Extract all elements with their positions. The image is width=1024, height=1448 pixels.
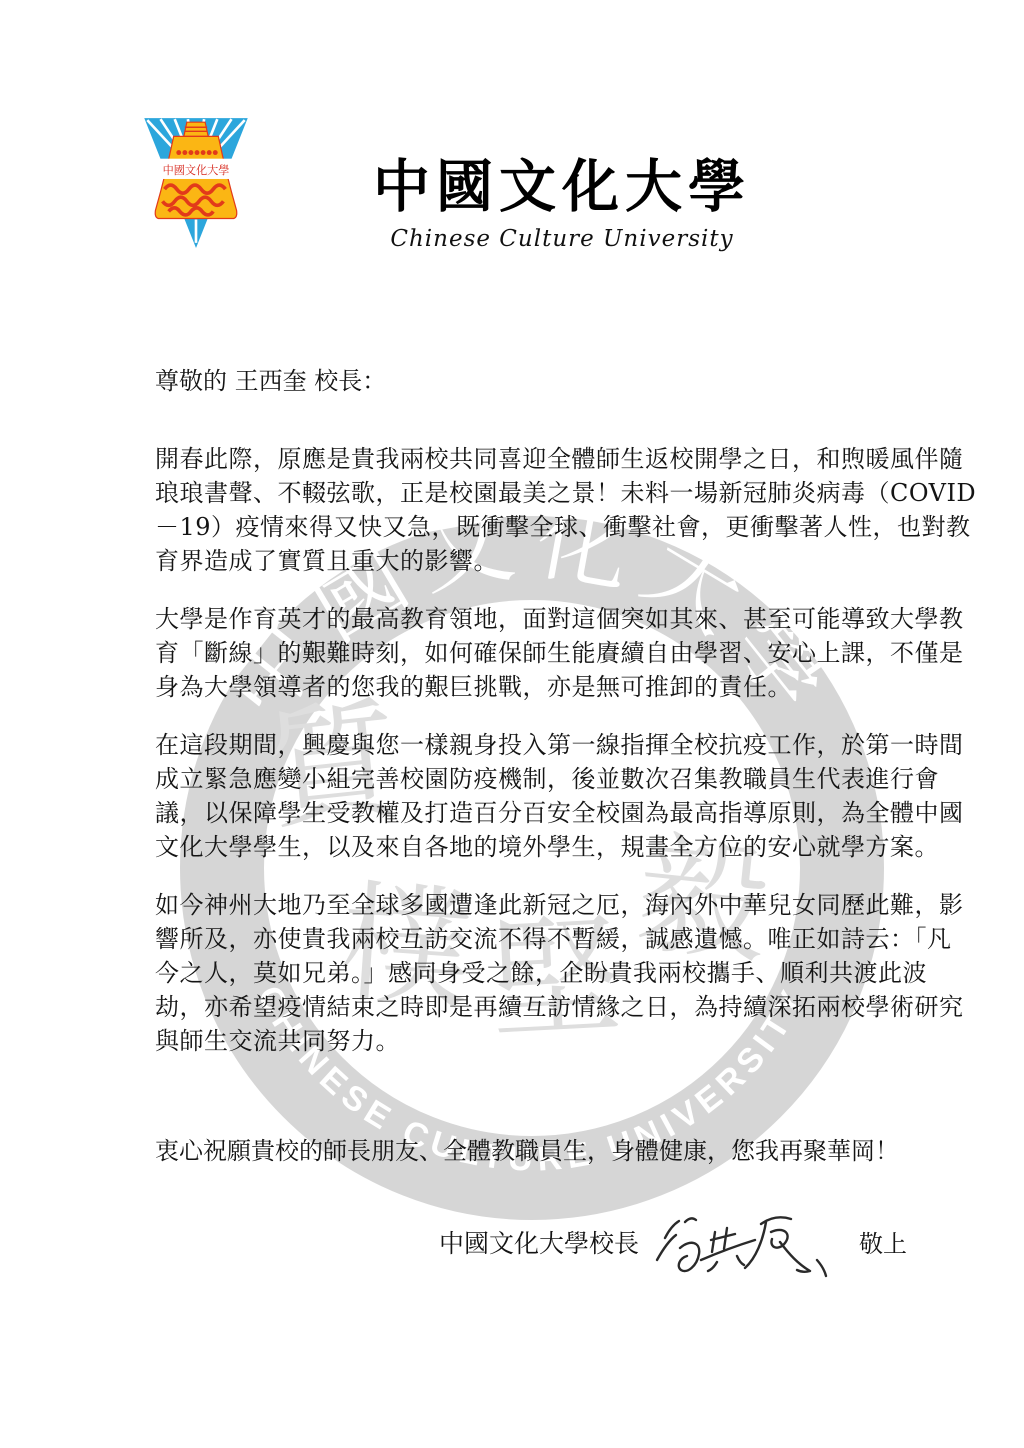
signature-suffix: 敬上 (859, 1227, 907, 1261)
letter-line: 文化大學學生，以及來自各地的境外學生，規畫全方位的安心就學方案。 (155, 830, 907, 864)
bell-label-text: 中國文化大學 (163, 163, 230, 177)
letter-line: 琅琅書聲、不輟弦歌，正是校園最美之景！未料一場新冠肺炎病毒（COVID (155, 476, 907, 510)
signature-row: 中國文化大學校長 (155, 1202, 907, 1286)
letter-line: 今之人，莫如兄弟。」感同身受之餘，企盼貴我兩校攜手、順利共渡此波 (155, 956, 907, 990)
letter-line: 成立緊急應變小組完善校園防疫機制，後並數次召集教職員生代表進行會 (155, 762, 907, 796)
letter-body: 尊敬的 王西奎 校長： 開春此際，原應是貴我兩校共同喜迎全體師生返校開學之日，和… (155, 364, 907, 1286)
letter-line: 響所及，亦使貴我兩校互訪交流不得不暫緩，誠感遺憾。唯正如詩云：「凡 (155, 922, 907, 956)
closing-line: 衷心祝願貴校的師長朋友、全體教職員生，身體健康，您我再聚華岡！ (155, 1134, 907, 1168)
university-subtitle: Chinese Culture University (262, 226, 862, 252)
paragraph-2: 大學是作育英才的最高教育領地，面對這個突如其來、甚至可能導致大學教 育「斷線」的… (155, 602, 907, 704)
signature-title: 中國文化大學校長 (439, 1227, 639, 1261)
paragraph-3: 在這段期間，興慶與您一樣親身投入第一線指揮全校抗疫工作，於第一時間 成立緊急應變… (155, 728, 907, 864)
letter-line: 在這段期間，興慶與您一樣親身投入第一線指揮全校抗疫工作，於第一時間 (155, 728, 907, 762)
paragraph-1: 開春此際，原應是貴我兩校共同喜迎全體師生返校開學之日，和煦暖風伴隨 琅琅書聲、不… (155, 442, 907, 578)
letter-line: 開春此際，原應是貴我兩校共同喜迎全體師生返校開學之日，和煦暖風伴隨 (155, 442, 907, 476)
salutation: 尊敬的 王西奎 校長： (155, 364, 907, 398)
letter-line: 身為大學領導者的您我的艱巨挑戰，亦是無可推卸的責任。 (155, 670, 907, 704)
signature-handwriting (649, 1202, 839, 1286)
letter-line: 育「斷線」的艱難時刻，如何確保師生能賡續自由學習、安心上課，不僅是 (155, 636, 907, 670)
letter-line: 如今神州大地乃至全球多國遭逢此新冠之厄，海內外中華兒女同歷此難，影 (155, 888, 907, 922)
letter-line: 與師生交流共同努力。 (155, 1024, 907, 1058)
letter-line: 議，以保障學生受教權及打造百分百安全校園為最高指導原則，為全體中國 (155, 796, 907, 830)
letter-line: 育界造成了實質且重大的影響。 (155, 544, 907, 578)
letter-line: －19）疫情來得又快又急，既衝擊全球、衝擊社會，更衝擊著人性，也對教 (155, 510, 907, 544)
letter-page: 中國文化大學 CHINESE CULTURE UNIVERSITY 質 樸 堅 … (0, 0, 1024, 1448)
letter-line: 大學是作育英才的最高教育領地，面對這個突如其來、甚至可能導致大學教 (155, 602, 907, 636)
university-bell-emblem-icon: 中國文化大學 (140, 110, 252, 252)
signature-strokes (657, 1217, 826, 1276)
paragraph-4: 如今神州大地乃至全球多國遭逢此新冠之厄，海內外中華兒女同歷此難，影 響所及，亦使… (155, 888, 907, 1058)
letter-line: 劫，亦希望疫情結束之時即是再續互訪情緣之日，為持續深拓兩校學術研究 (155, 990, 907, 1024)
university-title: 中國文化大學 (262, 154, 862, 220)
